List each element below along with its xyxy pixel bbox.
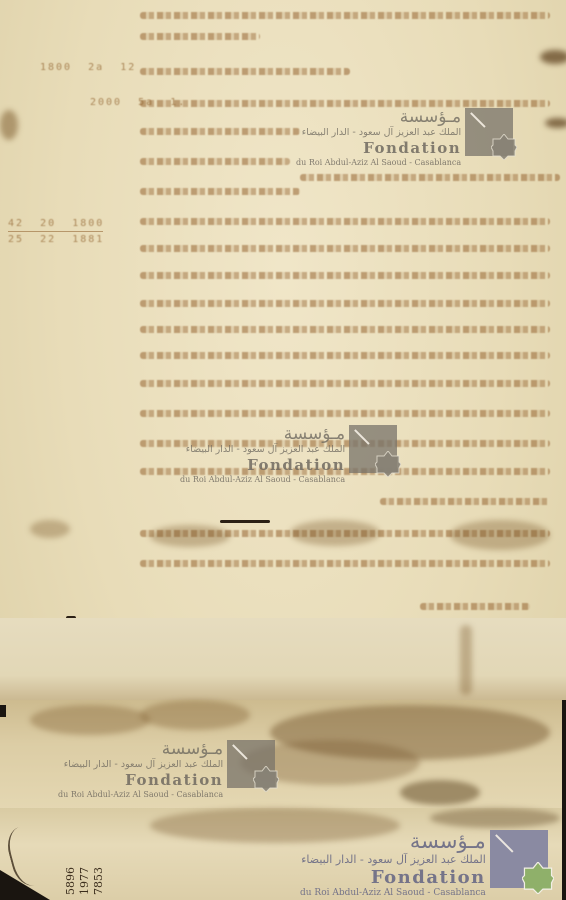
archive-number-1: 5896 — [64, 867, 77, 895]
watermark-subtitle: du Roi Abdul-Aziz Al Saoud - Casablanca — [300, 888, 486, 899]
water-stain — [30, 705, 150, 735]
handwriting-line — [140, 188, 300, 195]
handwriting-line — [140, 245, 550, 252]
ink-mark — [220, 520, 270, 523]
handwriting-line — [140, 380, 550, 387]
handwriting-line — [140, 158, 290, 165]
watermark-fondation: مـؤسسة الملك عبد العزيز آل سعود - الدار … — [180, 425, 397, 485]
handwriting-line — [380, 498, 550, 505]
handwriting-line — [140, 68, 350, 75]
water-stain — [460, 625, 472, 695]
margin-numbers-row1: 1800 2a 12 — [40, 62, 136, 73]
water-stain — [400, 780, 480, 805]
edge-stain — [0, 110, 18, 140]
watermark-text: مـؤسسة الملك عبد العزيز آل سعود - الدار … — [180, 425, 345, 485]
watermark-title: Fondation — [125, 771, 223, 789]
watermark-arabic-title: مـؤسسة — [284, 425, 345, 443]
watermark-subtitle: du Roi Abdul-Aziz Al Saoud - Casablanca — [296, 157, 461, 168]
handwriting-line — [140, 326, 550, 333]
edge-stain — [545, 118, 566, 128]
manuscript-page: 1800 2a 12 2000 5a 1. 42 20 1800 25 22 1… — [0, 0, 566, 900]
watermark-text: مـؤسسة الملك عبد العزيز آل سعود - الدار … — [58, 740, 223, 800]
watermark-arabic-subtitle: الملك عبد العزيز آل سعود - الدار البيضاء — [302, 126, 461, 139]
foundation-logo-icon — [349, 425, 397, 473]
handwriting-line — [140, 560, 550, 567]
handwriting-line — [300, 174, 560, 181]
water-stain — [290, 520, 380, 546]
lower-fold-panel — [0, 618, 566, 700]
handwriting-line — [140, 100, 550, 107]
margin-numbers-row3-bottom: 25 22 1881 — [8, 234, 104, 245]
margin-numbers-row2: 2000 5a 1. — [90, 97, 186, 108]
handwriting-line — [140, 128, 300, 135]
archive-number-2: 1977 — [78, 867, 91, 895]
fraction-line — [8, 231, 103, 232]
watermark-title: Fondation — [363, 139, 461, 157]
torn-edge — [0, 705, 6, 717]
watermark-fondation-color: مـؤسسة الملك عبد العزيز آل سعود - الدار … — [300, 830, 548, 899]
watermark-fondation: مـؤسسة الملك عبد العزيز آل سعود - الدار … — [58, 740, 275, 800]
margin-numbers-row3-top: 42 20 1800 — [8, 218, 104, 229]
watermark-subtitle: du Roi Abdul-Aziz Al Saoud - Casablanca — [58, 789, 223, 800]
handwriting-line — [140, 33, 260, 40]
watermark-arabic-subtitle: الملك عبد العزيز آل سعود - الدار البيضاء — [186, 443, 345, 456]
archive-note: 5896 1977 7853 — [4, 815, 114, 900]
signature-scribble — [3, 821, 59, 890]
water-stain — [150, 525, 230, 547]
watermark-arabic-title: مـؤسسة — [400, 108, 461, 126]
watermark-arabic-title: مـؤسسة — [162, 740, 223, 758]
handwriting-line — [140, 300, 550, 307]
water-stain — [450, 520, 550, 550]
foundation-logo-icon — [227, 740, 275, 788]
watermark-title: Fondation — [247, 456, 345, 474]
handwriting-line — [140, 352, 550, 359]
handwriting-line — [140, 12, 550, 19]
water-stain — [140, 700, 250, 730]
foundation-logo-icon — [490, 830, 548, 888]
handwriting-line — [140, 410, 550, 417]
watermark-fondation: مـؤسسة الملك عبد العزيز آل سعود - الدار … — [296, 108, 513, 168]
torn-edge — [562, 700, 566, 900]
watermark-title: Fondation — [371, 867, 486, 888]
handwriting-line — [140, 218, 550, 225]
archive-number-3: 7853 — [92, 867, 105, 895]
water-stain — [30, 520, 70, 538]
edge-stain — [540, 50, 566, 64]
watermark-arabic-title: مـؤسسة — [410, 830, 486, 852]
watermark-text: مـؤسسة الملك عبد العزيز آل سعود - الدار … — [300, 830, 486, 899]
watermark-arabic-subtitle: الملك عبد العزيز آل سعود - الدار البيضاء — [301, 852, 486, 867]
watermark-arabic-subtitle: الملك عبد العزيز آل سعود - الدار البيضاء — [64, 758, 223, 771]
handwriting-line — [140, 272, 550, 279]
watermark-text: مـؤسسة الملك عبد العزيز آل سعود - الدار … — [296, 108, 461, 168]
foundation-logo-icon — [465, 108, 513, 156]
watermark-subtitle: du Roi Abdul-Aziz Al Saoud - Casablanca — [180, 474, 345, 485]
handwriting-line — [420, 603, 530, 610]
water-stain — [430, 808, 560, 828]
